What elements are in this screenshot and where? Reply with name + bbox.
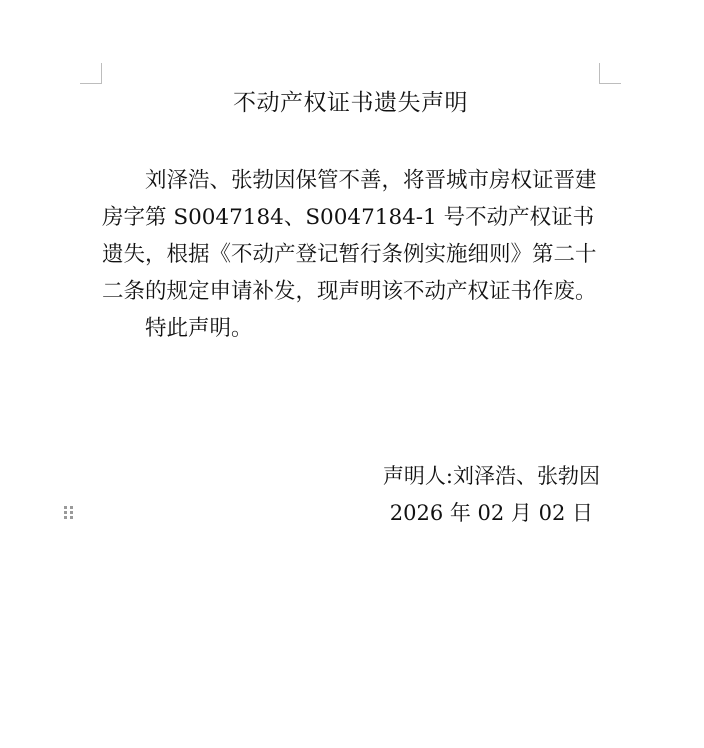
margin-corner-top-left <box>80 63 102 84</box>
drag-dot <box>70 511 73 514</box>
drag-handle-icon[interactable] <box>64 506 73 520</box>
margin-corner-top-right <box>599 63 621 84</box>
drag-dot <box>70 506 73 509</box>
drag-dot <box>64 511 67 514</box>
document-title[interactable]: 不动产权证书遗失声明 <box>102 86 599 120</box>
drag-dot <box>70 516 73 519</box>
drag-dot <box>64 516 67 519</box>
document-page: 不动产权证书遗失声明 刘泽浩、张勃因保管不善，将晋城市房权证晋建房字第 S004… <box>0 0 704 748</box>
document-body[interactable]: 刘泽浩、张勃因保管不善，将晋城市房权证晋建房字第 S0047184、S00471… <box>102 162 601 347</box>
drag-dot <box>64 506 67 509</box>
body-paragraph[interactable]: 刘泽浩、张勃因保管不善，将晋城市房权证晋建房字第 S0047184、S00471… <box>102 162 601 310</box>
date-line[interactable]: 2026 年 02 月 02 日 <box>390 495 593 532</box>
signature-line[interactable]: 声明人:刘泽浩、张勃因 <box>383 458 600 495</box>
closing-paragraph[interactable]: 特此声明。 <box>102 310 601 347</box>
